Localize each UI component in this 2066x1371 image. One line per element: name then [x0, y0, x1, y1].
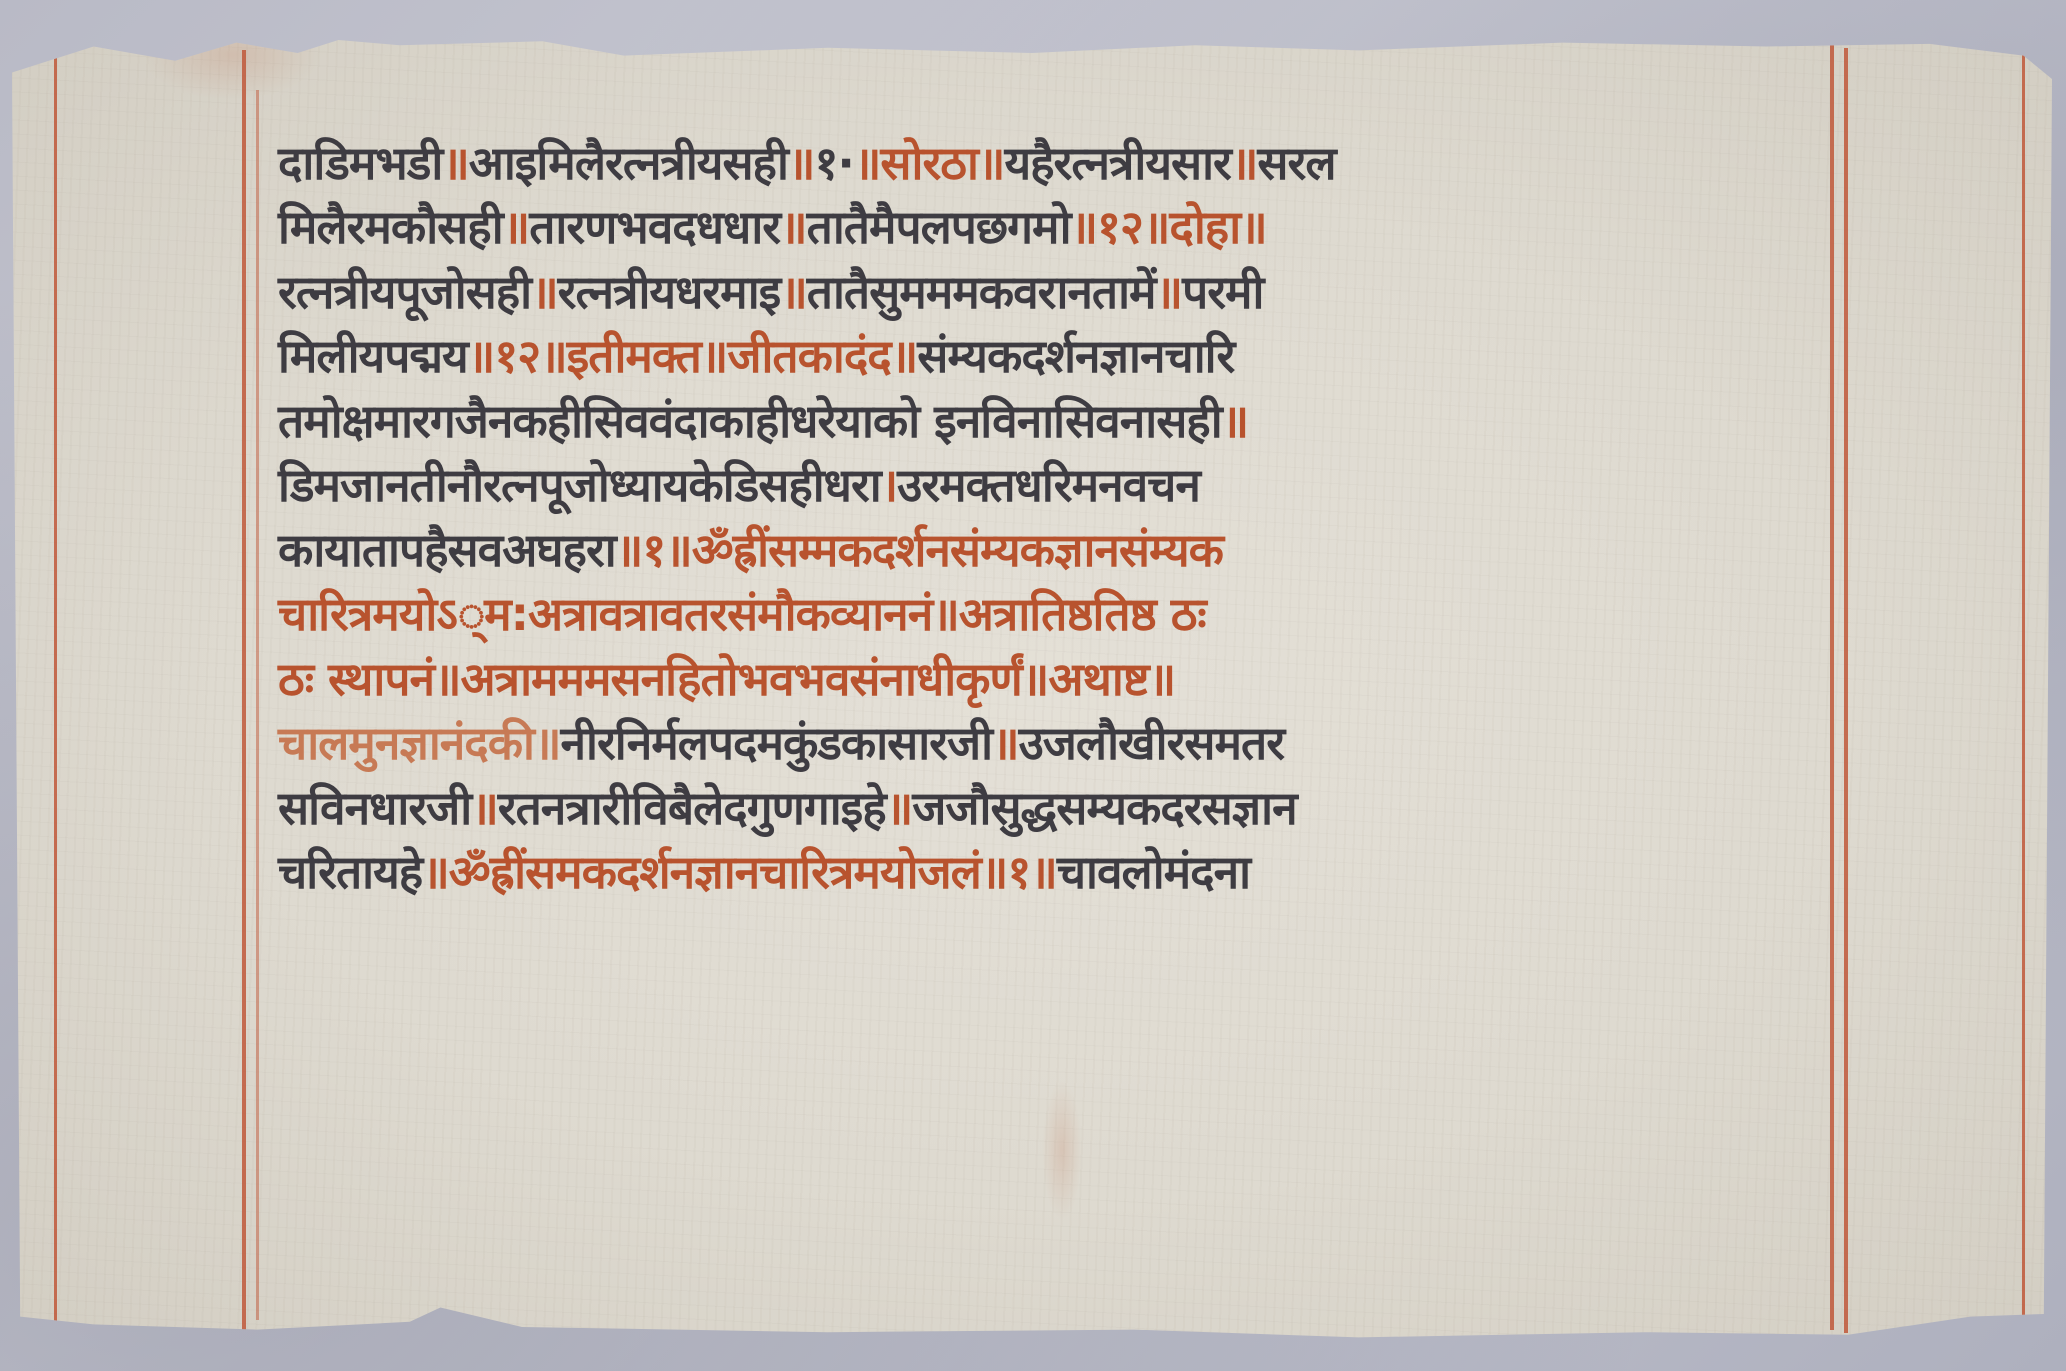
red-ink-text: ॥ [471, 776, 498, 838]
black-ink-text: दाडिमभडी [278, 131, 442, 193]
text-line: सविनधारजी॥रतनत्रारीविबैलेदगुणगाइहे॥जजौसु… [278, 773, 1858, 838]
black-ink-text: परमी [1182, 260, 1263, 322]
black-ink-text: उरमक्तधरिमनवचन [897, 453, 1200, 515]
black-ink-text: मिलैरमकौसही [278, 195, 503, 257]
red-ink-text: ॥ [1231, 131, 1258, 193]
text-line: ठः स्थापनं॥अत्रामममसनहितोभवभवसंनाधीकृर्ण… [278, 644, 1858, 709]
black-ink-text: सविनधारजी [278, 776, 471, 838]
red-ink-text: ॥ [1156, 260, 1183, 322]
black-ink-text: तारणभवदधधार [529, 195, 780, 257]
text-line: चारित्रमयोऽ्म:अत्रावत्रावतरसंमौकव्याननं॥… [278, 580, 1858, 645]
paper-stain-lower [1042, 1080, 1082, 1220]
text-line: चरितायहे॥ॐह्रींसमकदर्शनज्ञानचारित्रमयोजल… [278, 838, 1858, 903]
red-ink-text: चारित्रमयोऽ्म:अत्रावत्रावतरसंमौकव्याननं॥… [278, 582, 1206, 644]
black-ink-text: तमोक्षमारगजैनकहीसिववंदाकाहीधरेयाको इनविन… [278, 389, 1222, 451]
black-ink-text: उजलौखीरसमतर [1019, 711, 1284, 773]
right-outer-rule [2022, 40, 2025, 1330]
black-ink-text: चरितायहे [278, 840, 422, 902]
red-ink-text: ॥ॐह्रींसमकदर्शनज्ञानचारित्रमयोजलं॥१॥ [422, 840, 1057, 902]
red-ink-text: चालमुनज्ञानंदकी॥ [278, 711, 561, 773]
text-line: मिलीयपद्मय॥१२॥इतीमक्त॥जीतकादंद॥संम्यकदर्… [278, 322, 1858, 387]
red-ink-text: ॥ [780, 260, 807, 322]
black-ink-text: रत्नत्रीयपूजोसही [278, 260, 531, 322]
red-ink-text: । [881, 453, 897, 515]
red-ink-text: ॥१२॥दोहा॥ [1070, 195, 1266, 257]
text-line: कायातापहैसवअघहरा॥१॥ॐह्रींसम्मकदर्शनसंम्य… [278, 515, 1858, 580]
red-ink-text: ॥१२॥इतीमक्त॥जीतकादंद॥ [468, 324, 918, 386]
red-ink-text: ॥ [992, 711, 1019, 773]
black-ink-text: १· [814, 131, 853, 193]
left-outer-rule [54, 40, 57, 1340]
text-line: दाडिमभडी॥आइमिलैरत्नत्रीयसही॥१·॥सोरठा॥यहै… [278, 128, 1858, 193]
red-ink-text: ॥ [780, 195, 807, 257]
red-ink-text: ॥ [886, 776, 913, 838]
text-line: तमोक्षमारगजैनकहीसिववंदाकाहीधरेयाको इनविन… [278, 386, 1858, 451]
manuscript-text: दाडिमभडी॥आइमिलैरत्नत्रीयसही॥१·॥सोरठा॥यहै… [278, 128, 1858, 902]
red-ink-text: ॥ [1222, 389, 1249, 451]
text-line: चालमुनज्ञानंदकी॥नीरनिर्मलपदमकुंडकासारजी॥… [278, 709, 1858, 774]
left-margin-rule-inner [256, 90, 259, 1320]
red-ink-text: ॥ [503, 195, 530, 257]
black-ink-text: तातैसुमममकवरानतामें [807, 260, 1156, 322]
red-ink-text: ठः स्थापनं॥अत्रामममसनहितोभवभवसंनाधीकृर्ण… [278, 647, 1175, 709]
black-ink-text: रतनत्रारीविबैलेदगुणगाइहे [498, 776, 886, 838]
black-ink-text: कायातापहैसवअघहरा [278, 518, 616, 580]
black-ink-text: चावलोमंदना [1057, 840, 1250, 902]
black-ink-text: सरल [1257, 131, 1335, 193]
black-ink-text: यहैरत्नत्रीयसार [1004, 131, 1230, 193]
text-line: डिमजानतीनौरत्नपूजोध्यायकेडिसहीधरा।उरमक्त… [278, 451, 1858, 516]
black-ink-text: संम्यकदर्शनज्ञानचारि [917, 324, 1234, 386]
left-margin-rule [242, 50, 246, 1330]
black-ink-text: डिमजानतीनौरत्नपूजोध्यायकेडिसहीधरा [278, 453, 881, 515]
red-ink-text: ॥ [788, 131, 815, 193]
red-ink-text: ॥१॥ॐह्रींसम्मकदर्शनसंम्यकज्ञानसंम्यक [616, 518, 1223, 580]
black-ink-text: मिलीयपद्मय [278, 324, 468, 386]
text-line: रत्नत्रीयपूजोसही॥रत्नत्रीयधरमाइ॥तातैसुमम… [278, 257, 1858, 322]
black-ink-text: रत्नत्रीयधरमाइ [558, 260, 781, 322]
black-ink-text: जजौसुद्धसम्यकदरसज्ञान [912, 776, 1296, 838]
red-ink-text: ॥ [442, 131, 469, 193]
black-ink-text: तातैमैपलपछगमो [807, 195, 1071, 257]
black-ink-text: आइमिलैरत्नत्रीयसही [469, 131, 788, 193]
red-ink-text: ॥ [531, 260, 558, 322]
text-line: मिलैरमकौसही॥तारणभवदधधार॥तातैमैपलपछगमो॥१२… [278, 193, 1858, 258]
black-ink-text: नीरनिर्मलपदमकुंडकासारजी [561, 711, 993, 773]
red-ink-text: ॥सोरठा॥ [854, 131, 1005, 193]
